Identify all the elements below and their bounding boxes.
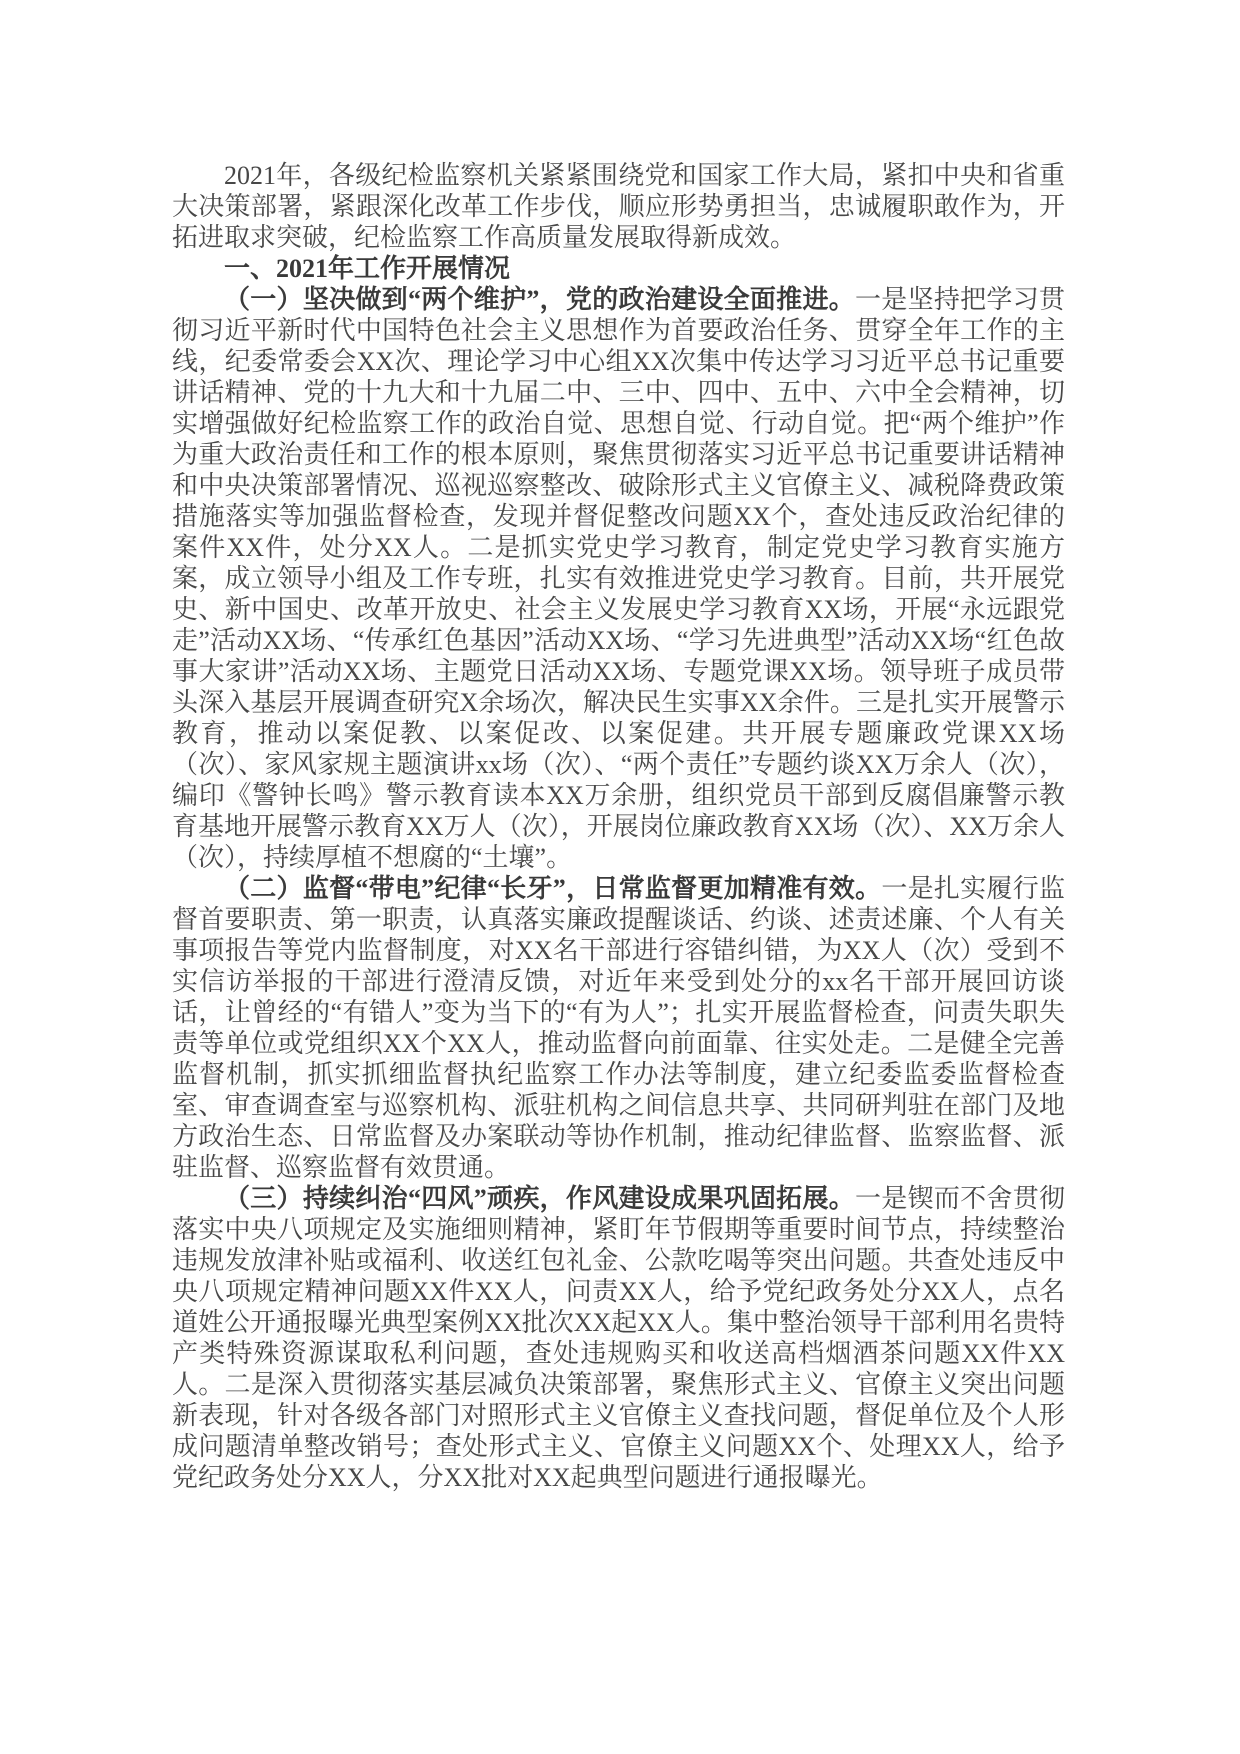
subsection-heading-3: （三）持续纠治“四风”顽疾，作风建设成果巩固拓展。: [224, 1184, 855, 1213]
subsection-paragraph-3: （三）持续纠治“四风”顽疾，作风建设成果巩固拓展。一是锲而不舍贯彻落实中央八项规…: [172, 1183, 1065, 1493]
subsection-heading-2: （二）监督“带电”纪律“长牙”，日常监督更加精准有效。: [224, 874, 881, 903]
subsection-body-2: 一是扎实履行监督首要职责、第一职责，认真落实廉政提醒谈话、约谈、述责述廉、个人有…: [172, 874, 1065, 1182]
subsection-body-1: 一是坚持把学习贯彻习近平新时代中国特色社会主义思想作为首要政治任务、贯穿全年工作…: [172, 285, 1065, 872]
document-page: 2021年，各级纪检监察机关紧紧围绕党和国家工作大局，紧扣中央和省重大决策部署，…: [0, 0, 1240, 1754]
section-title: 一、2021年工作开展情况: [172, 253, 1065, 284]
subsection-heading-1: （一）坚决做到“两个维护”，党的政治建设全面推进。: [224, 285, 855, 314]
intro-paragraph: 2021年，各级纪检监察机关紧紧围绕党和国家工作大局，紧扣中央和省重大决策部署，…: [172, 160, 1065, 253]
subsection-paragraph-2: （二）监督“带电”纪律“长牙”，日常监督更加精准有效。一是扎实履行监督首要职责、…: [172, 873, 1065, 1183]
subsection-body-3: 一是锲而不舍贯彻落实中央八项规定及实施细则精神，紧盯年节假期等重要时间节点，持续…: [172, 1184, 1065, 1492]
document-content: 2021年，各级纪检监察机关紧紧围绕党和国家工作大局，紧扣中央和省重大决策部署，…: [172, 160, 1065, 1493]
subsection-paragraph-1: （一）坚决做到“两个维护”，党的政治建设全面推进。一是坚持把学习贯彻习近平新时代…: [172, 284, 1065, 873]
